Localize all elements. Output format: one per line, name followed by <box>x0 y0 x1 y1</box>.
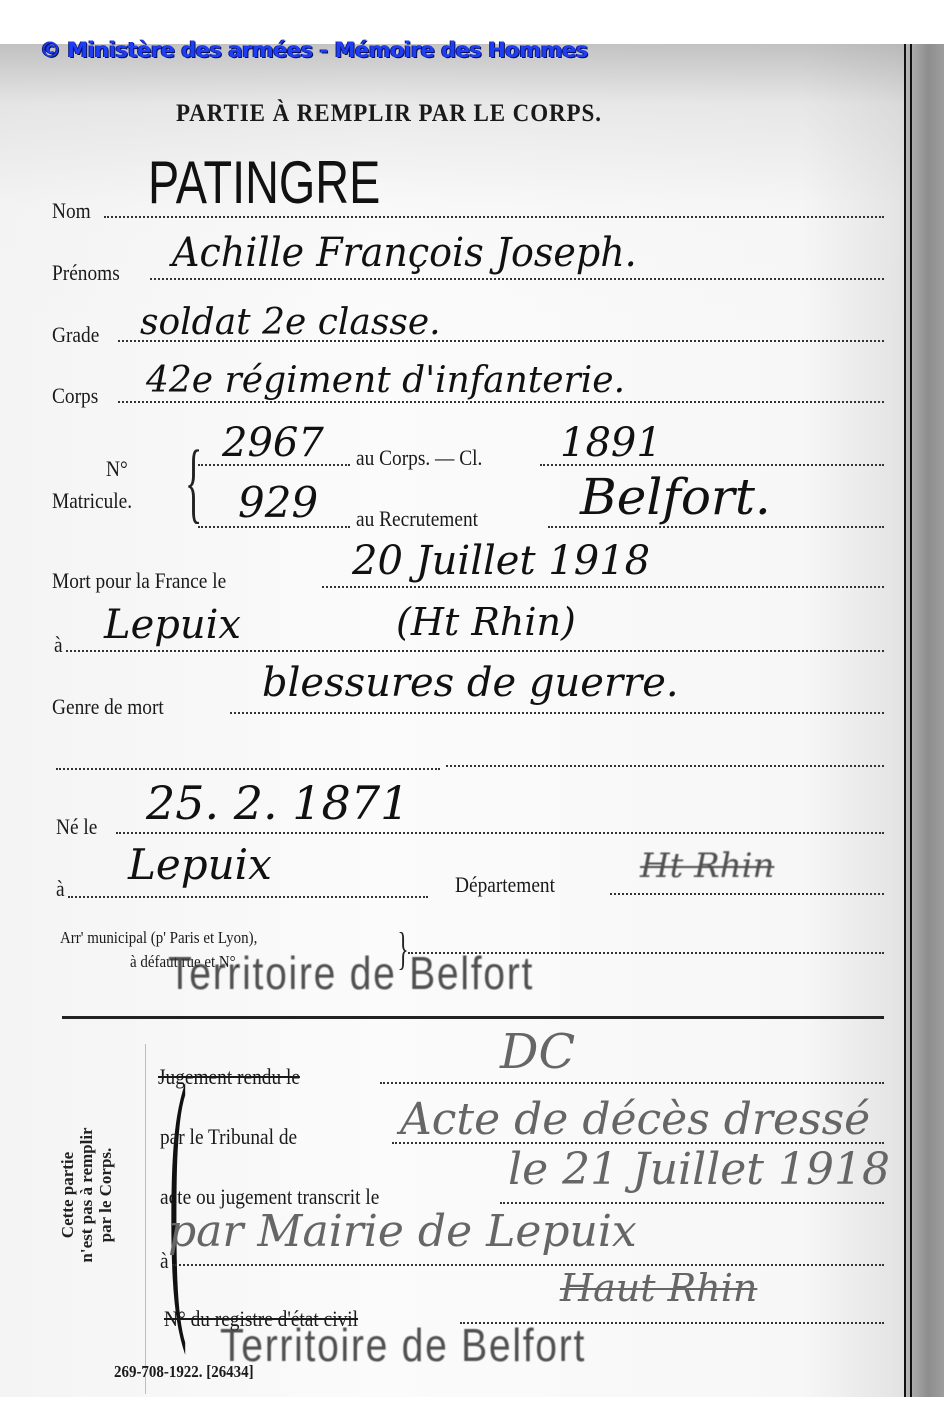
entry-nom: PATINGRE <box>148 148 380 217</box>
entry-matricule-corps: 2967 <box>222 420 324 466</box>
binding-line <box>904 44 906 1397</box>
entry-genre-de-mort: blessures de guerre. <box>262 660 679 706</box>
form-title: PARTIE À REMPLIR PAR LE CORPS. <box>176 100 602 128</box>
label-jugement-rendu: Jugement rendu le <box>158 1064 300 1090</box>
side-note-line: par le Corps. <box>96 1085 115 1305</box>
copyright-watermark: © Ministère des armées - Mémoire des Hom… <box>40 38 588 62</box>
dotted-line <box>548 526 884 528</box>
label-genre-de-mort: Genre de mort <box>52 694 164 720</box>
entry-departement-struck: Ht Rhin <box>640 846 774 886</box>
dotted-line <box>380 1082 884 1084</box>
entry-grade: soldat 2e classe. <box>140 302 441 343</box>
label-departement: Département <box>455 872 555 898</box>
dotted-line <box>446 765 884 767</box>
label-mort-pour-la-france: Mort pour la France le <box>52 568 226 594</box>
label-nom: Nom <box>52 198 91 224</box>
label-lieu-deces: à <box>54 632 63 658</box>
dotted-line <box>322 586 884 588</box>
label-par-le-tribunal: par le Tribunal de <box>160 1124 297 1150</box>
dotted-line <box>500 1202 884 1204</box>
dotted-line <box>230 712 884 714</box>
dotted-line <box>172 1264 884 1266</box>
side-note: Cette partie n'est pas à remplir par le … <box>58 1085 115 1305</box>
entry-registre-block: Territoire de Belfort <box>220 1318 586 1372</box>
label-grade: Grade <box>52 322 99 348</box>
dotted-line <box>150 278 884 280</box>
side-note-line: Cette partie <box>58 1085 77 1305</box>
form-print-reference: 269-708-1922. [26434] <box>114 1362 254 1382</box>
matricule-brace: { <box>185 438 202 528</box>
dotted-line <box>66 650 884 652</box>
side-note-line: n'est pas à remplir <box>77 1085 96 1305</box>
entry-lieu-deces-dept: (Ht Rhin) <box>396 600 576 644</box>
entry-classe: 1891 <box>560 420 662 466</box>
binding-line <box>910 44 912 1397</box>
label-matricule: Matricule. <box>52 488 132 514</box>
margin-line <box>145 1044 146 1394</box>
entry-transcrit-a: par Mairie de Lepuix <box>168 1206 637 1257</box>
label-au-corps: au Corps. — Cl. <box>356 445 482 471</box>
entry-prenoms: Achille François Joseph. <box>172 230 637 276</box>
label-prenoms: Prénoms <box>52 260 120 286</box>
label-au-recrutement: au Recrutement <box>356 506 478 532</box>
label-arr-municipal: Arr' municipal (p' Paris et Lyon), <box>60 928 257 948</box>
dotted-line <box>610 893 884 895</box>
entry-recrutement: Belfort. <box>580 468 771 526</box>
section-divider <box>62 1016 884 1019</box>
entry-lieu-naissance: Lepuix <box>128 840 272 889</box>
entry-tribunal: Acte de décès dressé <box>400 1094 870 1145</box>
label-corps: Corps <box>52 383 98 409</box>
label-lieu-naissance: à <box>56 876 65 902</box>
entry-matricule-recrutement: 929 <box>238 478 318 527</box>
entry-date-naissance: 25. 2. 1871 <box>146 776 409 830</box>
entry-corps: 42e régiment d'infanterie. <box>146 360 625 401</box>
page-binding-edge <box>904 44 944 1397</box>
entry-lieu-deces: Lepuix <box>104 602 241 648</box>
entry-transcrit-le: le 21 Juillet 1918 <box>508 1144 890 1195</box>
entry-departement-block: Territoire de Belfort <box>168 946 534 1000</box>
dotted-line <box>56 768 440 770</box>
entry-date-deces: 20 Juillet 1918 <box>352 538 650 584</box>
label-matricule-no: N° <box>106 456 128 482</box>
entry-registre-struck: Haut Rhin <box>560 1266 757 1310</box>
label-ne-le: Né le <box>56 814 97 840</box>
dotted-line <box>68 896 428 898</box>
entry-jugement-initials: DC <box>500 1024 575 1080</box>
dotted-line <box>118 401 884 403</box>
dotted-line <box>116 832 884 834</box>
